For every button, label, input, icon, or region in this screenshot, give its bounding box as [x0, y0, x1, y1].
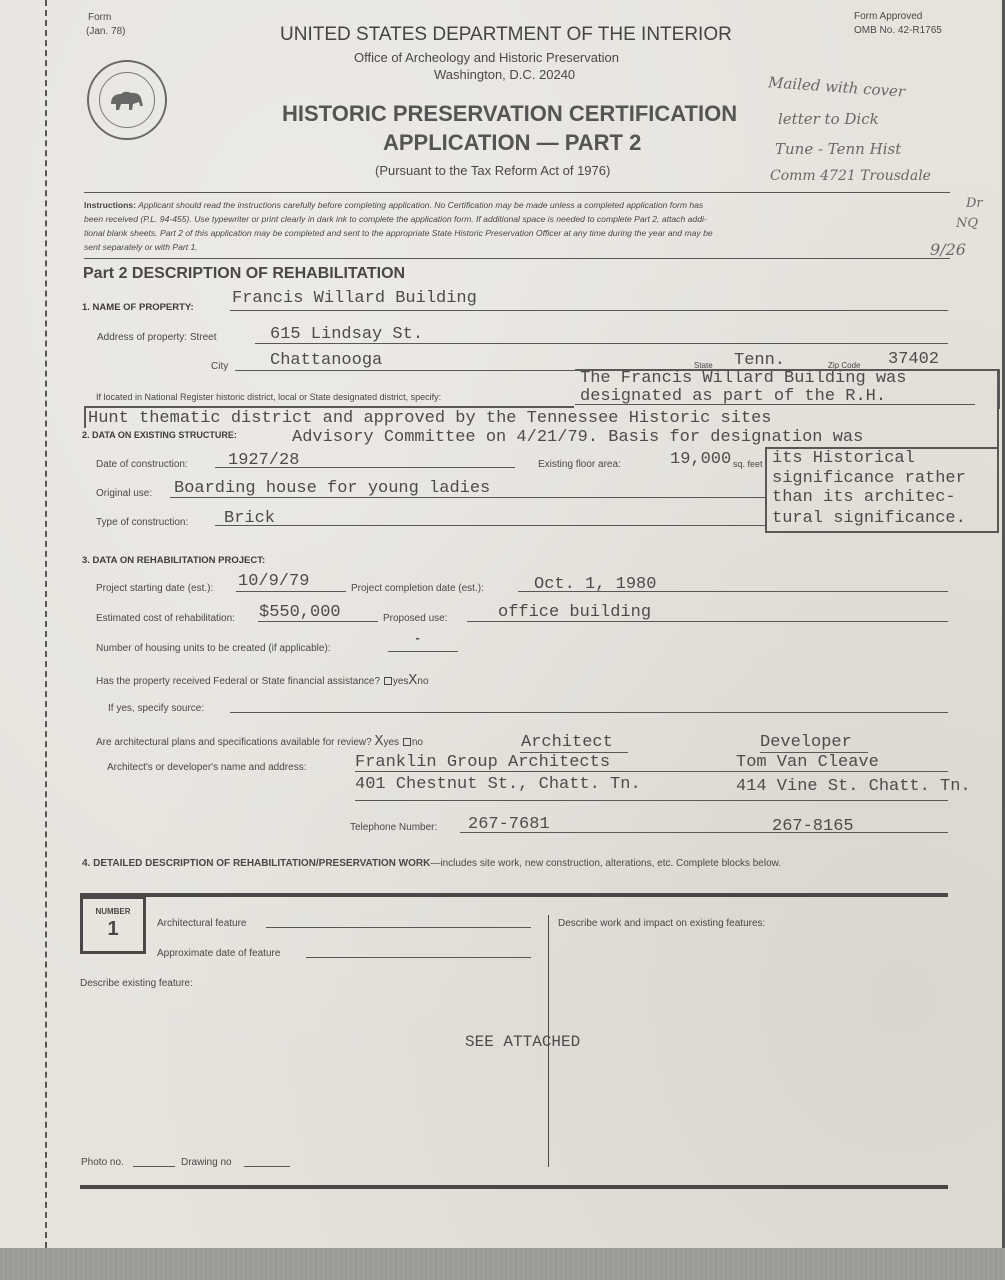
developer-name-field[interactable]: Tom Van Cleave: [736, 753, 879, 772]
divider: [84, 258, 950, 259]
proposed-use-field[interactable]: office building: [498, 603, 651, 622]
architect-heading: Architect: [521, 733, 613, 752]
address-label: Address of property: Street: [97, 332, 217, 343]
section3-label: 3. DATA ON REHABILITATION PROJECT:: [82, 555, 265, 566]
section2-label: 2. DATA ON EXISTING STRUCTURE:: [82, 430, 237, 440]
bison-icon: [107, 86, 147, 114]
completion-date-label: Project completion date (est.):: [351, 583, 484, 594]
city-label: City: [211, 361, 228, 372]
state-field[interactable]: Tenn.: [734, 351, 785, 370]
form-title-line2: APPLICATION — PART 2: [383, 130, 641, 156]
feature-field[interactable]: [266, 927, 531, 928]
form-approved: Form Approved: [854, 11, 922, 22]
drawing-number-field[interactable]: [244, 1166, 290, 1167]
housing-units-field[interactable]: -: [414, 632, 421, 646]
photo-label: Photo no.: [81, 1157, 124, 1168]
source-field[interactable]: [230, 712, 948, 713]
city-field[interactable]: Chattanooga: [270, 351, 382, 370]
feature-date-label: Approximate date of feature: [157, 948, 280, 959]
instructions-block: Instructions: Applicant should read the …: [84, 198, 713, 254]
section4-top-rule: [80, 893, 948, 897]
form-date: (Jan. 78): [86, 26, 125, 37]
perforation-line: [45, 0, 47, 1248]
office-city: Washington, D.C. 20240: [434, 67, 575, 82]
feature-label: Architectural feature: [157, 918, 247, 929]
instructions-line2: been received (P.L. 94-455). Use typewri…: [84, 212, 713, 226]
form-title-line1: HISTORIC PRESERVATION CERTIFICATION: [282, 101, 737, 127]
housing-units-label: Number of housing units to be created (i…: [96, 643, 331, 654]
original-use-field[interactable]: Boarding house for young ladies: [174, 479, 490, 498]
block-number-box: NUMBER 1: [80, 896, 146, 954]
district-label: If located in National Register historic…: [96, 392, 441, 402]
background-surface: [0, 1248, 1005, 1280]
developer-heading: Developer: [760, 733, 852, 752]
street-field[interactable]: 615 Lindsay St.: [270, 325, 423, 344]
phone-label: Telephone Number:: [350, 822, 437, 833]
work-impact-label: Describe work and impact on existing fea…: [558, 918, 765, 929]
plans-no-checkbox[interactable]: [403, 738, 411, 746]
architect-address-field[interactable]: 401 Chestnut St., Chatt. Tn.: [355, 775, 641, 794]
handwritten-note-line2: letter to Dick: [778, 110, 879, 128]
architect-name-field[interactable]: Franklin Group Architects: [355, 753, 610, 772]
handwritten-note-line1: Mailed with cover: [768, 73, 906, 101]
handwritten-note-line3: Tune - Tenn Hist: [775, 140, 901, 158]
floor-area-unit: sq. feet: [733, 459, 763, 469]
floor-area-field[interactable]: 19,000: [670, 450, 731, 469]
department-name: UNITED STATES DEPARTMENT OF THE INTERIOR: [280, 24, 732, 46]
names-label: Architect's or developer's name and addr…: [107, 762, 306, 773]
pursuant-text: (Pursuant to the Tax Reform Act of 1976): [375, 163, 610, 178]
district-line4[interactable]: Advisory Committee on 4/21/79. Basis for…: [292, 428, 863, 447]
handwritten-note-line5: Dr: [966, 196, 983, 211]
cost-field[interactable]: $550,000: [259, 603, 341, 622]
see-attached-note: SEE ATTACHED: [465, 1033, 580, 1051]
original-use-label: Original use:: [96, 488, 152, 499]
part2-heading: Part 2 DESCRIPTION OF REHABILITATION: [83, 265, 405, 283]
zip-field[interactable]: 37402: [888, 350, 939, 369]
cost-label: Estimated cost of rehabilitation:: [96, 613, 235, 624]
instructions-line3: tional blank sheets. Part 2 of this appl…: [84, 226, 713, 240]
instructions-line4: sent separately or with Part 1.: [84, 240, 713, 254]
construction-date-label: Date of construction:: [96, 459, 188, 470]
handwritten-initials: NQ: [956, 216, 978, 231]
omb-number: OMB No. 42-R1765: [854, 25, 942, 36]
plans-yes-checkbox[interactable]: X: [374, 733, 383, 750]
department-seal-icon: [87, 60, 167, 140]
start-date-label: Project starting date (est.):: [96, 583, 213, 594]
form-label: Form: [88, 12, 111, 23]
instructions-line1: Applicant should read the instructions c…: [138, 200, 703, 210]
photo-number-field[interactable]: [133, 1166, 175, 1167]
floor-area-label: Existing floor area:: [538, 459, 621, 470]
divider: [84, 192, 950, 193]
handwritten-date: 9/26: [930, 240, 966, 259]
assistance-yes-checkbox[interactable]: [384, 677, 392, 685]
start-date-field[interactable]: 10/9/79: [238, 572, 309, 591]
developer-phone-field[interactable]: 267-8165: [772, 817, 854, 836]
feature-date-field[interactable]: [306, 957, 531, 958]
developer-address-field[interactable]: 414 Vine St. Chatt. Tn.: [736, 777, 971, 796]
section1-label: 1. NAME OF PROPERTY:: [82, 302, 194, 313]
existing-feature-label: Describe existing feature:: [80, 978, 193, 989]
source-label: If yes, specify source:: [108, 703, 204, 714]
construction-type-label: Type of construction:: [96, 517, 188, 528]
section4-label: 4. DETAILED DESCRIPTION OF REHABILITATIO…: [82, 858, 781, 869]
handwritten-note-line4: Comm 4721 Trousdale: [770, 168, 931, 184]
drawing-label: Drawing no: [181, 1157, 232, 1168]
section4-bottom-rule: [80, 1185, 948, 1189]
office-name: Office of Archeology and Historic Preser…: [354, 50, 619, 65]
plans-question: Are architectural plans and specificatio…: [96, 733, 423, 750]
assistance-question: Has the property received Federal or Sta…: [96, 672, 429, 689]
instructions-label: Instructions:: [84, 200, 136, 210]
proposed-use-label: Proposed use:: [383, 613, 448, 624]
property-name-field[interactable]: Francis Willard Building: [232, 289, 477, 308]
form-page: Form (Jan. 78) UNITED STATES DEPARTMENT …: [0, 0, 1005, 1248]
